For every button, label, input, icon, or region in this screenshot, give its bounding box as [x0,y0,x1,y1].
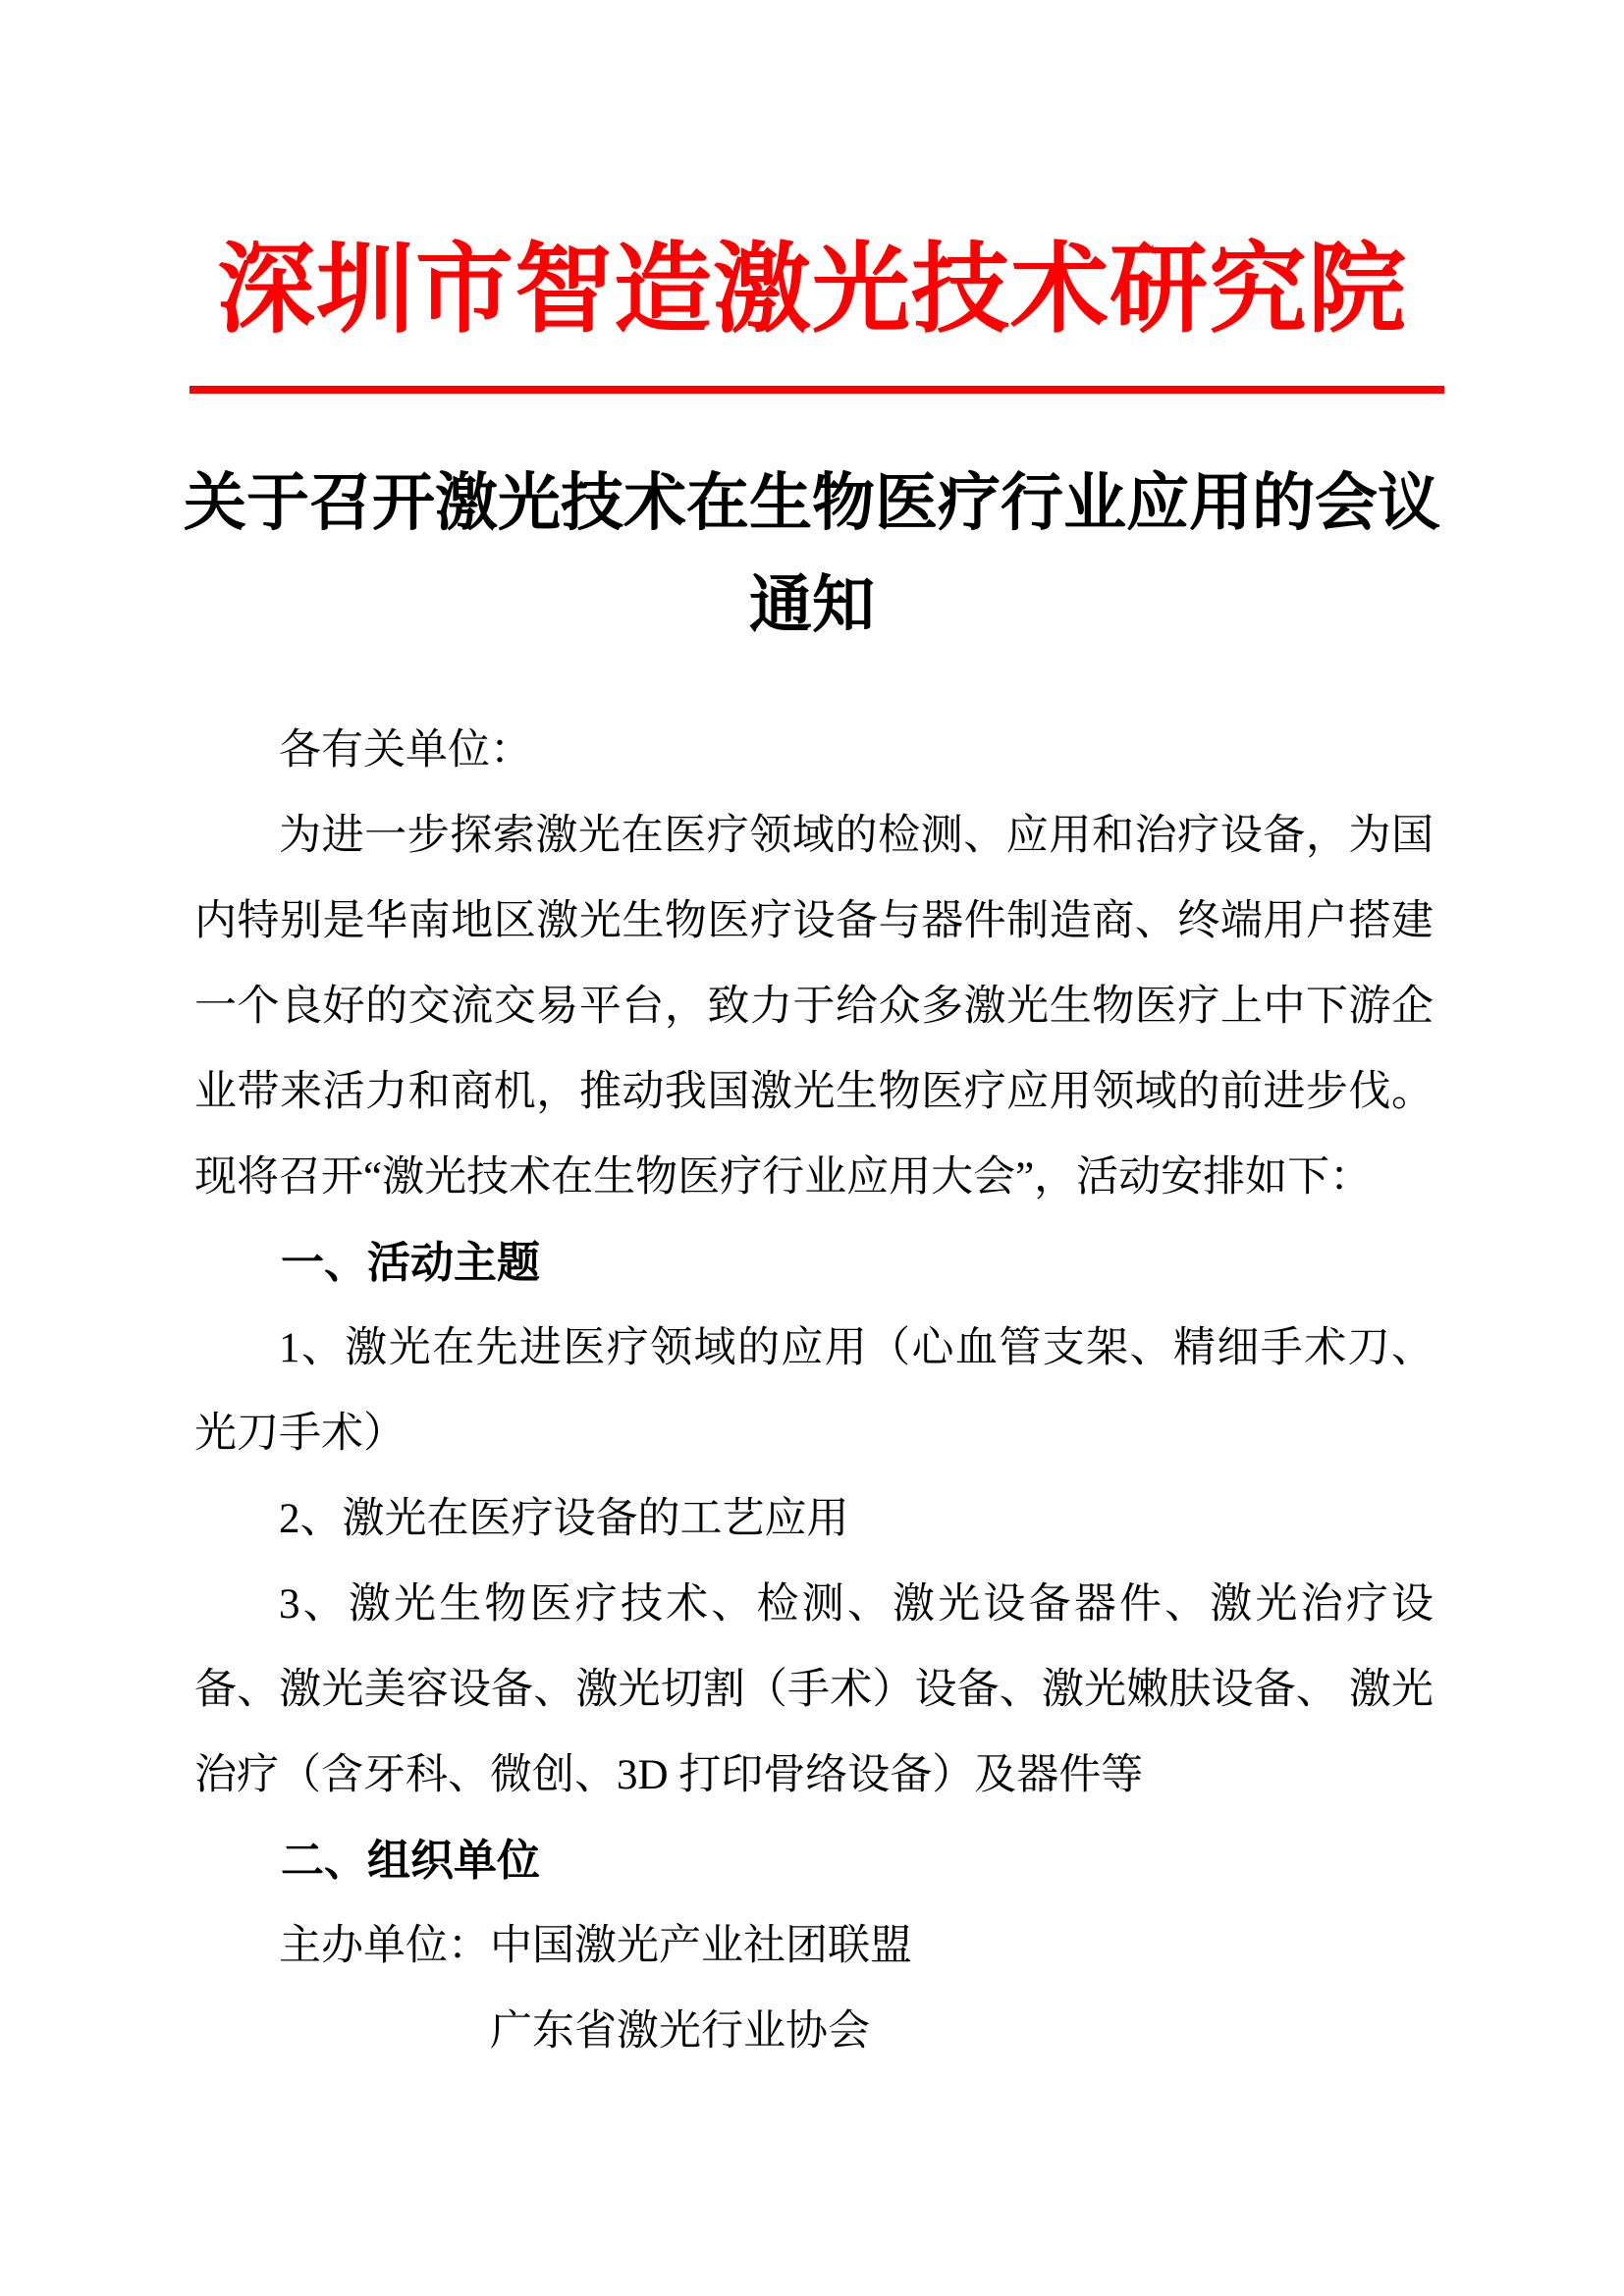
document-title: 关于召开激光技术在生物医疗行业应用的会议 通知 [0,453,1624,657]
document-body: 各有关单位： 为进一步探索激光在医疗领域的检测、应用和治疗设备，为国内特别是华南… [194,708,1434,2074]
section-1-heading: 一、活动主题 [194,1220,1434,1306]
section-1-item-2: 2、激光在医疗设备的工艺应用 [194,1476,1434,1562]
section-1-item-1: 1、激光在先进医疗领域的应用（心血管支架、精细手术刀、光刀手术） [194,1306,1434,1476]
notice-document-page: 深圳市智造激光技术研究院 关于召开激光技术在生物医疗行业应用的会议 通知 各有关… [0,0,1624,2296]
letterhead-divider-rule [189,386,1444,394]
intro-paragraph: 为进一步探索激光在医疗领域的检测、应用和治疗设备，为国内特别是华南地区激光生物医… [194,793,1434,1220]
organizer-label: 主办单位： [279,1923,490,1969]
section-1-item-3: 3、激光生物医疗技术、检测、激光设备器件、激光治疗设备、激光美容设备、激光切割（… [194,1562,1434,1818]
organizer-line-primary: 主办单位：中国激光产业社团联盟 [194,1903,1434,1989]
organizer-primary: 中国激光产业社团联盟 [490,1923,912,1969]
document-title-line-1: 关于召开激光技术在生物医疗行业应用的会议 [0,453,1624,555]
salutation: 各有关单位： [194,708,1434,793]
letterhead-title: 深圳市智造激光技术研究院 [0,234,1624,347]
document-title-line-2: 通知 [0,555,1624,657]
section-2-heading: 二、组织单位 [194,1818,1434,1903]
organizer-line-secondary: 广东省激光行业协会 [194,1989,1434,2074]
